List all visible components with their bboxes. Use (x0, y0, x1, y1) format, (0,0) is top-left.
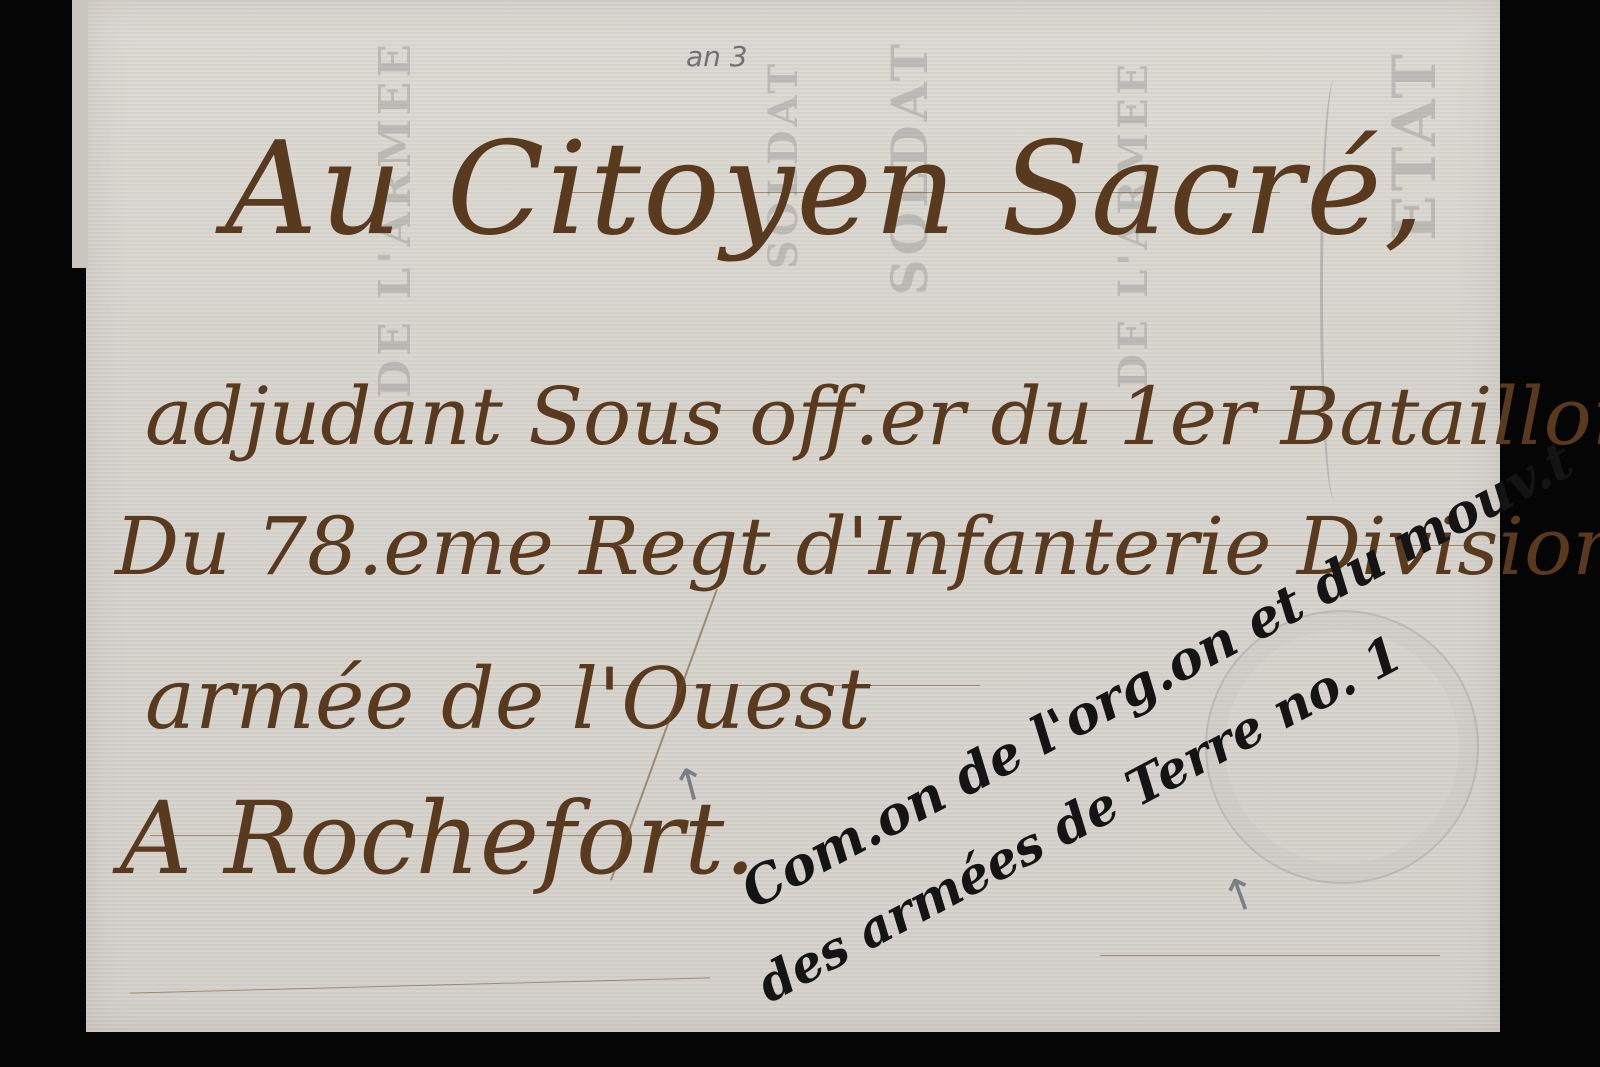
pencil-note-year: an 3 (686, 40, 748, 73)
address-line-1: Au Citoyen Sacré, (225, 115, 1426, 264)
guide-line (1100, 955, 1440, 956)
address-line-4: armée de l'Ouest (145, 650, 871, 748)
paper-fold-edge (72, 0, 88, 268)
address-line-2: adjudant Sous off.er du 1er Bataillon (145, 370, 1600, 463)
address-line-5: A Rochefort. (120, 780, 756, 897)
